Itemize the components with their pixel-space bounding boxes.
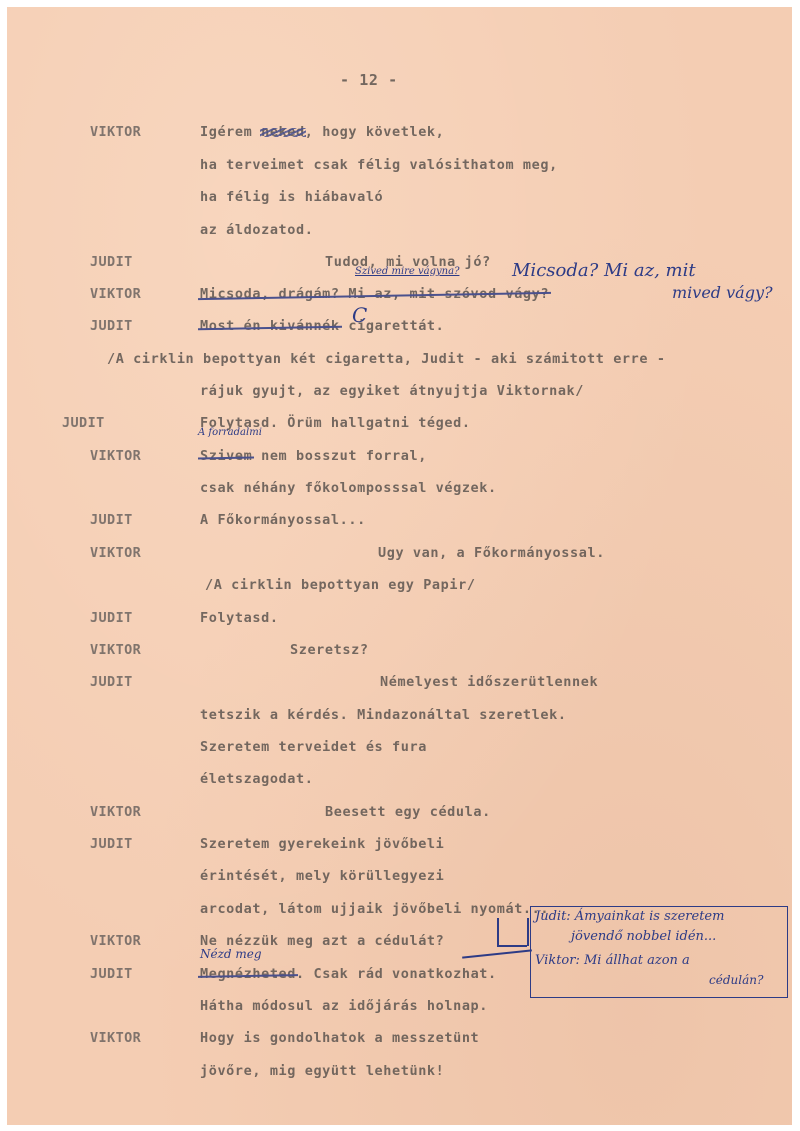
line-text: /A cirklin bepottyan egy Papir/ [205,577,476,593]
dialogue-line: Szeretsz? [290,642,369,658]
line-text: az áldozatod. [200,222,313,238]
line-text: jövőre, mig együtt lehetünk! [200,1063,444,1079]
dialogue-line: Ugy van, a Főkormányossal. [378,545,605,561]
line-text: , hogy követlek, [305,124,445,140]
dialogue-line: Hátha módosul az időjárás holnap. [200,998,488,1014]
line-text: ha terveimet csak félig valósithatom meg… [200,157,558,173]
annotation-cigarette-correction: C [352,303,367,327]
line-text: Igérem [200,124,261,140]
dialogue-line: Beesett egy cédula. [325,804,491,820]
dialogue-line: Némelyest időszerütlennek [380,674,598,690]
dialogue-line: érintését, mely körüllegyezi [200,868,444,884]
speaker-label: JUDIT [90,836,133,852]
line-text: rájuk gyujt, az egyiket átnyujtja Viktor… [200,383,584,399]
dialogue-line: /A cirklin bepottyan egy Papir/ [205,577,476,593]
line-text: Folytasd. [200,610,279,626]
dialogue-line: Micsoda, drágám? Mi az, mit szóvod vágy? [200,286,549,302]
boxed-note-line-1: Judit: Ámyainkat is szeretem [535,909,724,924]
handwritten-note-box: Judit: Ámyainkat is szeretem jövendő nob… [530,906,788,998]
speaker-label: VIKTOR [90,286,141,302]
connector-line-vertical [527,918,529,946]
line-text: A Főkormányossal... [200,512,366,528]
annotation-above-szivem: A forradalmi [198,427,262,438]
struck-text: Micsoda, drágám? Mi az, mit szóvod vágy? [200,286,549,302]
boxed-note-line-3: Viktor: Mi állhat azon a [535,953,690,968]
boxed-note-line-4: cédulán? [709,973,763,987]
dialogue-line: arcodat, látom ujjaik jövőbeli nyomát... [200,901,549,917]
line-text: csak néhány főkolomposssal végzek. [200,480,497,496]
dialogue-line: Szivem nem bosszut forral, [200,448,427,464]
line-text: életszagodat. [200,771,313,787]
annotation-above-megnezheted: Nézd meg [200,947,262,961]
speaker-label: JUDIT [62,415,105,431]
line-text: arcodat, látom ujjaik jövőbeli nyomát... [200,901,549,917]
speaker-label: VIKTOR [90,933,141,949]
dialogue-line: /A cirklin bepottyan két cigaretta, Judi… [107,351,666,367]
dialogue-line: Szeretem terveidet és fura [200,739,427,755]
line-text: Szeretsz? [290,642,369,658]
speaker-label: JUDIT [90,610,133,626]
dialogue-line: A Főkormányossal... [200,512,366,528]
speaker-label: VIKTOR [90,124,141,140]
dialogue-line: Szeretem gyerekeink jövőbeli [200,836,444,852]
struck-text: Szivem [200,448,252,464]
line-text: ha félig is hiábavaló [200,189,383,205]
dialogue-line: tetszik a kérdés. Mindazonáltal szeretle… [200,707,567,723]
line-text: Hátha módosul az időjárás holnap. [200,998,488,1014]
connector-line-left [497,918,499,946]
dialogue-line: ha félig is hiábavaló [200,189,383,205]
speaker-label: JUDIT [90,966,133,982]
speaker-label: JUDIT [90,674,133,690]
line-text: tetszik a kérdés. Mindazonáltal szeretle… [200,707,567,723]
dialogue-line: csak néhány főkolomposssal végzek. [200,480,497,496]
speaker-label: VIKTOR [90,804,141,820]
speaker-label: VIKTOR [90,448,141,464]
line-text: Szeretem terveidet és fura [200,739,427,755]
line-text: érintését, mely körüllegyezi [200,868,444,884]
speaker-label: VIKTOR [90,545,141,561]
speaker-label: VIKTOR [90,1030,141,1046]
boxed-note-line-2: jövendő nobbel idén... [571,929,716,944]
dialogue-line: az áldozatod. [200,222,313,238]
line-text: . Csak rád vonatkozhat. [296,966,497,982]
connector-line-bottom [497,945,527,947]
dialogue-line: jövőre, mig együtt lehetünk! [200,1063,444,1079]
speaker-label: JUDIT [90,254,133,270]
line-text: Beesett egy cédula. [325,804,491,820]
dialogue-line: rájuk gyujt, az egyiket átnyujtja Viktor… [200,383,584,399]
line-text: Némelyest időszerütlennek [380,674,598,690]
dialogue-line: Folytasd. [200,610,279,626]
annotation-margin-right-1: Micsoda? Mi az, mit [512,260,696,281]
line-text: nem bosszut forral, [252,448,427,464]
scribbled-text: neked [261,124,305,140]
annotation-margin-right-2: mived vágy? [672,283,773,302]
dialogue-line: Igérem neked, hogy követlek, [200,124,444,140]
dialogue-line: életszagodat. [200,771,313,787]
struck-text: Most én kivánnék [200,318,340,334]
line-text: /A cirklin bepottyan két cigaretta, Judi… [107,351,666,367]
dialogue-line: Most én kivánnék cigarettát. [200,318,444,334]
speaker-label: VIKTOR [90,642,141,658]
dialogue-line: Hogy is gondolhatok a messzetünt [200,1030,479,1046]
speaker-label: JUDIT [90,318,133,334]
page-number: - 12 - [340,71,398,89]
line-text: Ugy van, a Főkormányossal. [378,545,605,561]
struck-text: Megnézheted [200,966,296,982]
dialogue-line: ha terveimet csak félig valósithatom meg… [200,157,558,173]
dialogue-line: Megnézheted. Csak rád vonatkozhat. [200,966,497,982]
speaker-label: JUDIT [90,512,133,528]
line-text: Hogy is gondolhatok a messzetünt [200,1030,479,1046]
annotation-above-viktor: Szived mire vágyna? [355,266,459,277]
line-text: Szeretem gyerekeink jövőbeli [200,836,444,852]
